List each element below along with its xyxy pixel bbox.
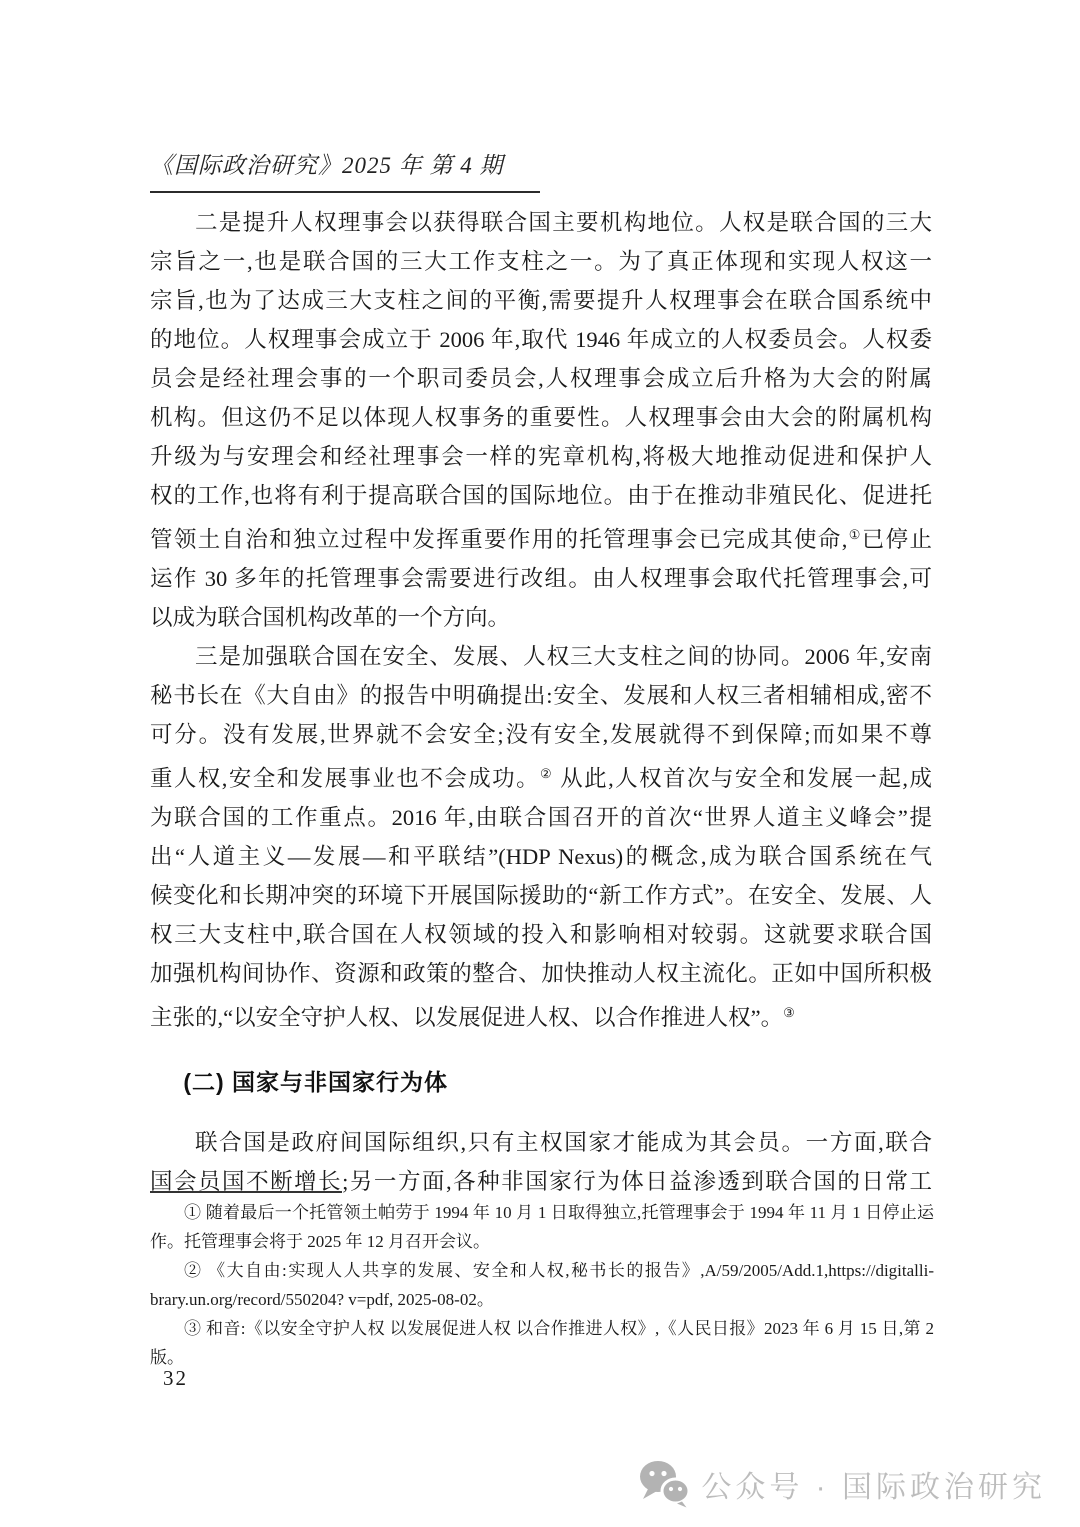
text-line: 升级为与安理会和经社理事会一样的宪章机构,将极大地推动促进和保护人 [150, 437, 932, 476]
text-run: brary.un.org/record/550204? v=pdf, 2025-… [150, 1290, 494, 1309]
text-run: 机构。但这仍不足以体现人权事务的重要性。人权理事会由大会的附属机构 [150, 405, 932, 430]
text-run: 可分。没有发展,世界就不会安全;没有安全,发展就得不到保障;而如果不尊 [150, 722, 932, 747]
text-line: 员会是经社理会事的一个职司委员会,人权理事会成立后升格为大会的附属 [150, 359, 932, 398]
text-run: 三是加强联合国在安全、发展、人权三大支柱之间的协同。2006 年,安南 [195, 644, 932, 669]
text-run: 出“人道主义—发展—和平联结”(HDP Nexus)的概念,成为联合国系统在气 [150, 844, 932, 869]
text-line: 权的工作,也将有利于提高联合国的国际地位。由于在推动非殖民化、促进托 [150, 476, 932, 515]
text-run: 作。托管理事会将于 2025 年 12 月召开会议。 [150, 1232, 490, 1251]
text-line: brary.un.org/record/550204? v=pdf, 2025-… [150, 1285, 934, 1314]
text-line: 宗旨,也为了达成三大支柱之间的平衡,需要提升人权理事会在联合国系统中 [150, 281, 932, 320]
text-line: 联合国是政府间国际组织,只有主权国家才能成为其会员。一方面,联合 [150, 1123, 932, 1162]
wechat-icon [639, 1460, 691, 1508]
watermark: 公众号 · 国际政治研究 [639, 1460, 1046, 1508]
text-line: 三是加强联合国在安全、发展、人权三大支柱之间的协同。2006 年,安南 [150, 637, 932, 676]
text-run: 重人权,安全和发展事业也不会成功。 [150, 766, 540, 791]
article-body: 二是提升人权理事会以获得联合国主要机构地位。人权是联合国的三大宗旨之一,也是联合… [150, 203, 932, 1201]
text-line: 以成为联合国机构改革的一个方向。 [150, 598, 932, 637]
text-run: ① 随着最后一个托管领土帕劳于 1994 年 10 月 1 日取得独立,托管理事… [184, 1203, 934, 1222]
text-line: 主张的,“以安全守护人权、以发展促进人权、以合作推进人权”。③ [150, 993, 932, 1037]
text-run: 秘书长在《大自由》的报告中明确提出:安全、发展和人权三者相辅相成,密不 [150, 683, 932, 708]
footnote-marker: ② [540, 766, 553, 781]
text-line: 二是提升人权理事会以获得联合国主要机构地位。人权是联合国的三大 [150, 203, 932, 242]
paragraph: 二是提升人权理事会以获得联合国主要机构地位。人权是联合国的三大宗旨之一,也是联合… [150, 203, 932, 637]
footnote-marker: ① [847, 527, 861, 542]
text-line: 机构。但这仍不足以体现人权事务的重要性。人权理事会由大会的附属机构 [150, 398, 932, 437]
text-line: 国会员国不断增长;另一方面,各种非国家行为体日益渗透到联合国的日常工 [150, 1162, 932, 1201]
text-line: 候变化和长期冲突的环境下开展国际援助的“新工作方式”。在安全、发展、人 [150, 876, 932, 915]
text-line: 为联合国的工作重点。2016 年,由联合国召开的首次“世界人道主义峰会”提 [150, 798, 932, 837]
text-line: 作。托管理事会将于 2025 年 12 月召开会议。 [150, 1227, 934, 1256]
text-run: 已停止 [862, 527, 932, 552]
text-run: 候变化和长期冲突的环境下开展国际援助的“新工作方式”。在安全、发展、人 [150, 883, 932, 908]
text-run: 运作 30 多年的托管理事会需要进行改组。由人权理事会取代托管理事会,可 [150, 566, 932, 591]
text-line: ② 《大自由:实现人人共享的发展、安全和人权,秘书长的报告》,A/59/2005… [150, 1256, 934, 1285]
text-line: 重人权,安全和发展事业也不会成功。② 从此,人权首次与安全和发展一起,成 [150, 754, 932, 798]
text-run: 的地位。人权理事会成立于 2006 年,取代 1946 年成立的人权委员会。人权… [150, 327, 932, 352]
text-line: 宗旨之一,也是联合国的三大工作支柱之一。为了真正体现和实现人权这一 [150, 242, 932, 281]
footnote-separator [150, 1191, 342, 1193]
text-line: 出“人道主义—发展—和平联结”(HDP Nexus)的概念,成为联合国系统在气 [150, 837, 932, 876]
text-line: 秘书长在《大自由》的报告中明确提出:安全、发展和人权三者相辅相成,密不 [150, 676, 932, 715]
text-run: ② 《大自由:实现人人共享的发展、安全和人权,秘书长的报告》,A/59/2005… [184, 1261, 934, 1280]
paragraph: 三是加强联合国在安全、发展、人权三大支柱之间的协同。2006 年,安南秘书长在《… [150, 637, 932, 1037]
text-run: 联合国是政府间国际组织,只有主权国家才能成为其会员。一方面,联合 [195, 1130, 932, 1155]
journal-page: 《国际政治研究》2025 年 第 4 期 二是提升人权理事会以获得联合国主要机构… [0, 0, 1080, 1527]
text-run: 以成为联合国机构改革的一个方向。 [150, 605, 510, 630]
text-line: 运作 30 多年的托管理事会需要进行改组。由人权理事会取代托管理事会,可 [150, 559, 932, 598]
watermark-text: 公众号 · 国际政治研究 [701, 1462, 1046, 1506]
text-line: 的地位。人权理事会成立于 2006 年,取代 1946 年成立的人权委员会。人权… [150, 320, 932, 359]
text-run: 从此,人权首次与安全和发展一起,成 [553, 766, 932, 791]
text-line: 加强机构间协作、资源和政策的整合、加快推动人权主流化。正如中国所积极 [150, 954, 932, 993]
text-line: 版。 [150, 1343, 934, 1372]
section-heading: (二) 国家与非国家行为体 [150, 1067, 932, 1097]
text-run: 加强机构间协作、资源和政策的整合、加快推动人权主流化。正如中国所积极 [150, 961, 932, 986]
text-run: 升级为与安理会和经社理事会一样的宪章机构,将极大地推动促进和保护人 [150, 444, 932, 469]
footnotes: ① 随着最后一个托管领土帕劳于 1994 年 10 月 1 日取得独立,托管理事… [150, 1198, 934, 1372]
text-run: 管领土自治和独立过程中发挥重要作用的托管理事会已完成其使命, [150, 527, 847, 552]
footnote-marker: ③ [783, 1005, 795, 1020]
text-run: 权的工作,也将有利于提高联合国的国际地位。由于在推动非殖民化、促进托 [150, 483, 932, 508]
text-line: 管领土自治和独立过程中发挥重要作用的托管理事会已完成其使命,①已停止 [150, 515, 932, 559]
text-run: 权三大支柱中,联合国在人权领域的投入和影响相对较弱。这就要求联合国 [150, 922, 932, 947]
paragraph: 联合国是政府间国际组织,只有主权国家才能成为其会员。一方面,联合国会员国不断增长… [150, 1123, 932, 1201]
text-run: 员会是经社理会事的一个职司委员会,人权理事会成立后升格为大会的附属 [150, 366, 932, 391]
text-line: 权三大支柱中,联合国在人权领域的投入和影响相对较弱。这就要求联合国 [150, 915, 932, 954]
text-run: 二是提升人权理事会以获得联合国主要机构地位。人权是联合国的三大 [195, 210, 932, 235]
text-run: 版。 [150, 1348, 184, 1367]
text-run: 主张的,“以安全守护人权、以发展促进人权、以合作推进人权”。 [150, 1005, 783, 1030]
page-number: 32 [163, 1366, 188, 1391]
text-run: 宗旨,也为了达成三大支柱之间的平衡,需要提升人权理事会在联合国系统中 [150, 288, 932, 313]
text-run: 宗旨之一,也是联合国的三大工作支柱之一。为了真正体现和实现人权这一 [150, 249, 932, 274]
text-run: 为联合国的工作重点。2016 年,由联合国召开的首次“世界人道主义峰会”提 [150, 805, 932, 830]
text-line: ③ 和音:《以安全守护人权 以发展促进人权 以合作推进人权》,《人民日报》202… [150, 1314, 934, 1343]
text-line: ① 随着最后一个托管领土帕劳于 1994 年 10 月 1 日取得独立,托管理事… [150, 1198, 934, 1227]
journal-header: 《国际政治研究》2025 年 第 4 期 [150, 150, 540, 193]
text-run: ③ 和音:《以安全守护人权 以发展促进人权 以合作推进人权》,《人民日报》202… [184, 1319, 934, 1338]
text-line: 可分。没有发展,世界就不会安全;没有安全,发展就得不到保障;而如果不尊 [150, 715, 932, 754]
